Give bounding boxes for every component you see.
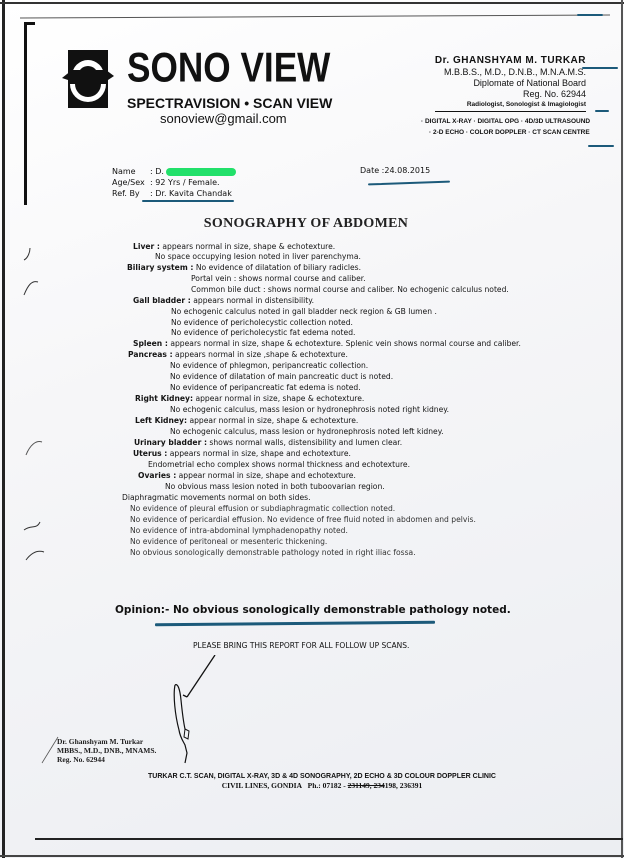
ref-by-doctor: Dr. Kavita Chandak — [155, 189, 232, 198]
finding-line: Endometrial echo complex shows normal th… — [148, 460, 410, 470]
finding-text: Portal vein : shows normal course and ca… — [191, 274, 366, 283]
finding-text: No obvious mass lesion noted in both tub… — [165, 482, 385, 491]
finding-label: Left Kidney: — [135, 416, 187, 425]
finding-line: No evidence of pericholecystic collectio… — [171, 318, 353, 328]
finding-text: No echogenic calculus, mass lesion or hy… — [170, 427, 444, 436]
finding-line: No evidence of dilatation of main pancre… — [170, 372, 393, 382]
pen-mark — [577, 14, 603, 16]
finding-text: appears normal in size, shape and echote… — [167, 449, 351, 458]
finding-text: No evidence of peripancreatic fat edema … — [170, 383, 361, 392]
finding-line: Ovaries : appear normal in size, shape a… — [138, 471, 356, 481]
services-line-1: · DIGITAL X-RAY · DIGITAL OPG · 4D/3D UL… — [421, 116, 590, 127]
address: CIVIL LINES, GONDIA — [222, 781, 302, 790]
opinion: Opinion:- No obvious sonologically demon… — [115, 604, 511, 616]
sonoview-logo-icon — [62, 50, 114, 108]
signature-icon — [165, 655, 245, 765]
doctor-diploma: Diplomate of National Board — [435, 78, 586, 89]
separator: : — [150, 189, 153, 198]
finding-text: No space occupying lesion noted in liver… — [155, 252, 361, 261]
finding-line: Common bile duct : shows normal course a… — [191, 285, 509, 295]
finding-text: Endometrial echo complex shows normal th… — [148, 460, 410, 469]
finding-text: No evidence of pericardial effusion. No … — [130, 515, 476, 524]
age-sex-label: Age/Sex — [112, 177, 150, 188]
finding-line: No evidence of pericholecystic fat edema… — [171, 328, 355, 338]
finding-label: Pancreas : — [128, 350, 173, 359]
page-edge-top — [0, 2, 624, 4]
signatory-reg-no: Reg. No. 62944 — [57, 755, 156, 764]
finding-line: Pancreas : appears normal in size ,shape… — [128, 350, 348, 360]
name-label: Name — [112, 166, 150, 177]
finding-line: No evidence of peritoneal or mesenteric … — [130, 537, 327, 547]
redaction-mark — [166, 168, 236, 176]
finding-label: Right Kidney: — [135, 394, 193, 403]
finding-line: Liver : appears normal in size, shape & … — [133, 242, 335, 252]
separator: : — [150, 178, 153, 187]
patient-age-sex: 92 Yrs / Female. — [155, 178, 219, 187]
finding-text: appear normal in size, shape & echotextu… — [193, 394, 364, 403]
finding-text: No evidence of peritoneal or mesenteric … — [130, 537, 327, 546]
finding-label: Urinary bladder : — [134, 438, 207, 447]
finding-line: No echogenic calculus, mass lesion or hy… — [170, 405, 449, 415]
finding-line: Right Kidney: appear normal in size, sha… — [135, 394, 364, 404]
pen-mark — [588, 145, 614, 147]
pen-mark — [595, 110, 609, 112]
paper-fold-line — [20, 14, 610, 18]
finding-label: Liver : — [133, 242, 160, 251]
finding-text: No evidence of pericholecystic fat edema… — [171, 328, 355, 337]
clinic-name: TURKAR C.T. SCAN, DIGITAL X-RAY, 3D & 4D… — [0, 772, 624, 781]
finding-text: appears normal in size, shape & echotext… — [168, 339, 521, 348]
finding-text: Diaphragmatic movements normal on both s… — [122, 493, 311, 502]
letterhead-bracket — [24, 22, 35, 205]
finding-label: Spleen : — [133, 339, 168, 348]
phone-prefix: Ph.: 07182 - — [308, 781, 348, 790]
finding-line: No echogenic calculus noted in gall blad… — [171, 307, 437, 317]
finding-line: No obvious mass lesion noted in both tub… — [165, 482, 385, 492]
pen-mark — [582, 67, 618, 69]
report-date: Date :24.08.2015 — [360, 166, 430, 175]
finding-line: No evidence of intra-abdominal lymphaden… — [130, 526, 348, 536]
paper-bottom-edge — [35, 838, 623, 840]
followup-note: PLEASE BRING THIS REPORT FOR ALL FOLLOW … — [193, 641, 409, 650]
report-title-text: SONOGRAPHY OF ABDOMEN — [204, 216, 408, 232]
signature-block: Dr. Ghanshyam M. Turkar MBBS., M.D., DNB… — [57, 737, 156, 764]
patient-age-sex-row: Age/Sex: 92 Yrs / Female. — [112, 177, 236, 188]
signatory-name: Dr. Ghanshyam M. Turkar — [57, 737, 156, 746]
finding-line: No evidence of pleural effusion or subdi… — [130, 504, 395, 514]
finding-text: No evidence of phlegmon, peripancreatic … — [170, 361, 368, 370]
finding-line: No evidence of phlegmon, peripancreatic … — [170, 361, 368, 371]
finding-line: Biliary system : No evidence of dilatati… — [127, 263, 361, 273]
ref-by-underline — [142, 200, 234, 202]
footer: TURKAR C.T. SCAN, DIGITAL X-RAY, 3D & 4D… — [0, 772, 624, 791]
finding-line: No evidence of pericardial effusion. No … — [130, 515, 476, 525]
finding-text: No echogenic calculus noted in gall blad… — [171, 307, 437, 316]
finding-line: Spleen : appears normal in size, shape &… — [133, 339, 521, 349]
signatory-qualifications: MBBS., M.D., DNB., MNAMS. — [57, 746, 156, 755]
patient-info: Name: D. Age/Sex: 92 Yrs / Female. Ref. … — [112, 166, 236, 199]
finding-text: No obvious sonologically demonstrable pa… — [130, 548, 416, 557]
page-edge-bottom — [0, 855, 624, 857]
finding-line: Left Kidney: appear normal in size, shap… — [135, 416, 358, 426]
date-underline — [368, 181, 450, 186]
patient-name: D. — [155, 167, 164, 176]
finding-label: Gall bladder : — [133, 296, 191, 305]
finding-line: Uterus : appears normal in size, shape a… — [133, 449, 351, 459]
finding-line: Urinary bladder : shows normal walls, di… — [134, 438, 402, 448]
finding-text: No evidence of pleural effusion or subdi… — [130, 504, 395, 513]
brand-name: SONO VIEW — [127, 47, 330, 89]
finding-line: Diaphragmatic movements normal on both s… — [122, 493, 311, 503]
separator: : — [150, 167, 153, 176]
finding-line: No space occupying lesion noted in liver… — [155, 252, 361, 262]
brand-tagline: SPECTRAVISION • SCAN VIEW — [127, 95, 332, 111]
finding-text: No evidence of intra-abdominal lymphaden… — [130, 526, 348, 535]
finding-line: Gall bladder : appears normal in distens… — [133, 296, 314, 306]
finding-line: Portal vein : shows normal course and ca… — [191, 274, 366, 284]
doctor-header: Dr. GHANSHYAM M. TURKAR M.B.B.S., M.D., … — [435, 55, 586, 112]
date-value: 24.08.2015 — [384, 166, 430, 175]
page-edge-right — [621, 0, 623, 858]
margin-tick-icon — [40, 735, 60, 765]
finding-label: Biliary system : — [127, 263, 193, 272]
finding-label: Uterus : — [133, 449, 167, 458]
date-label: Date — [360, 166, 379, 175]
doctor-name: Dr. GHANSHYAM M. TURKAR — [435, 55, 586, 67]
finding-text: No evidence of pericholecystic collectio… — [171, 318, 353, 327]
finding-text: No evidence of dilatation of biliary rad… — [193, 263, 361, 272]
opinion-underline — [155, 621, 435, 626]
finding-line: No echogenic calculus, mass lesion or hy… — [170, 427, 444, 437]
phone-rest: 198, 236391 — [385, 781, 423, 790]
doctor-qualifications: M.B.B.S., M.D., D.N.B., M.N.A.M.S. — [435, 67, 586, 78]
finding-line: No obvious sonologically demonstrable pa… — [130, 548, 416, 558]
clinic-address: CIVIL LINES, GONDIA Ph.: 07182 - 231149,… — [0, 781, 624, 791]
ref-by-row: Ref. By: Dr. Kavita Chandak — [112, 188, 236, 199]
finding-text: No evidence of dilatation of main pancre… — [170, 372, 393, 381]
patient-name-row: Name: D. — [112, 166, 236, 177]
finding-text: appears normal in distensibility. — [191, 296, 314, 305]
report-page: SONO VIEW SPECTRAVISION • SCAN VIEW sono… — [0, 0, 624, 858]
doctor-role: Radiologist, Sonologist & Imagiologist — [435, 100, 586, 112]
finding-line: No evidence of peripancreatic fat edema … — [170, 383, 361, 393]
doctor-reg-no: Reg. No. 62944 — [435, 89, 586, 100]
page-edge-left — [2, 0, 5, 858]
finding-text: No echogenic calculus, mass lesion or hy… — [170, 405, 449, 414]
services-line-2: · 2-D ECHO · COLOR DOPPLER · CT SCAN CEN… — [421, 127, 590, 138]
finding-text: shows normal walls, distensibility and l… — [207, 438, 402, 447]
finding-text: appears normal in size, shape & echotext… — [160, 242, 335, 251]
report-title: SONOGRAPHY OF ABDOMEN — [0, 216, 624, 232]
finding-text: Common bile duct : shows normal course a… — [191, 285, 509, 294]
ref-by-label: Ref. By — [112, 188, 150, 199]
finding-text: appears normal in size ,shape & echotext… — [173, 350, 348, 359]
services-list: · DIGITAL X-RAY · DIGITAL OPG · 4D/3D UL… — [421, 116, 590, 138]
brand-email: sonoview@gmail.com — [160, 111, 287, 126]
finding-text: appear normal in size, shape and echotex… — [176, 471, 356, 480]
finding-text: appear normal in size, shape & echotextu… — [187, 416, 358, 425]
margin-scribble-icon — [18, 240, 58, 620]
phone-struck: 231149, 234 — [348, 781, 385, 790]
finding-label: Ovaries : — [138, 471, 176, 480]
